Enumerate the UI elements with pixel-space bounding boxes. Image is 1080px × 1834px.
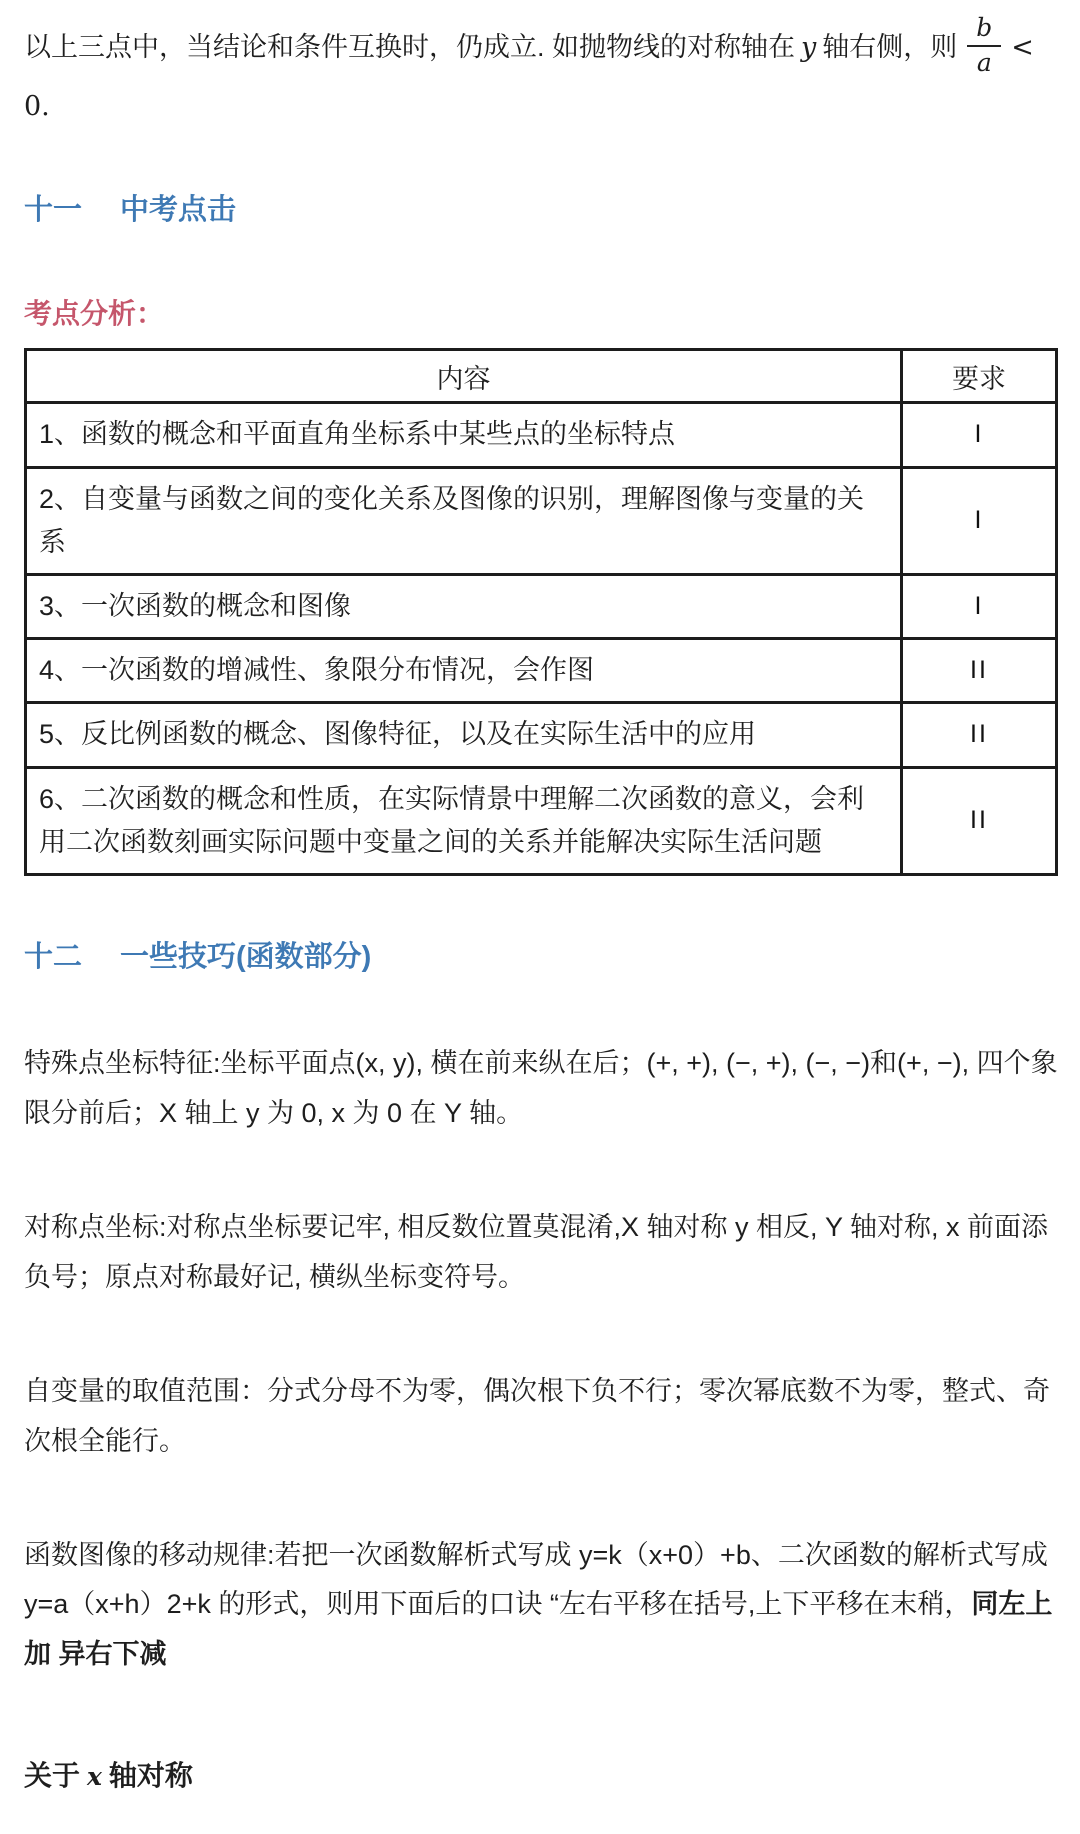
variable-y: y xyxy=(801,32,816,63)
table-cell-requirement: I xyxy=(902,574,1057,638)
table-cell-content: 1、函数的概念和平面直角坐标系中某些点的坐标特点 xyxy=(26,403,902,467)
intro-text-2: 轴右侧，则 xyxy=(822,32,957,62)
intro-text-1: 以上三点中，当结论和条件互换时，仍成立. 如抛物线的对称轴在 xyxy=(24,32,795,62)
table-row: 4、一次函数的增减性、象限分布情况，会作图 II xyxy=(26,639,1057,703)
table-row: 5、反比例函数的概念、图像特征，以及在实际生活中的应用 II xyxy=(26,703,1057,767)
exam-points-table: 内容 要求 1、函数的概念和平面直角坐标系中某些点的坐标特点 I 2、自变量与函… xyxy=(24,348,1058,876)
intro-paragraph: 以上三点中，当结论和条件互换时，仍成立. 如抛物线的对称轴在y轴右侧，则ba< … xyxy=(24,14,1058,129)
tip-paragraph-symmetric-points: 对称点坐标:对称点坐标要记牢, 相反数位置莫混淆,X 轴对称 y 相反, Y 轴… xyxy=(24,1203,1058,1303)
table-cell-content: 2、自变量与函数之间的变化关系及图像的识别，理解图像与变量的关系 xyxy=(26,467,902,574)
section-11-title: 中考点击 xyxy=(120,194,236,226)
table-cell-content: 3、一次函数的概念和图像 xyxy=(26,574,902,638)
fraction-b-over-a: ba xyxy=(967,14,1001,78)
footer-x-axis-symmetry: 关于x轴对称 xyxy=(24,1754,1058,1794)
section-12-number: 十二 xyxy=(24,941,82,973)
table-cell-requirement: II xyxy=(902,703,1057,767)
table-cell-requirement: II xyxy=(902,639,1057,703)
table-cell-content: 4、一次函数的增减性、象限分布情况，会作图 xyxy=(26,639,902,703)
tip-paragraph-variable-range: 自变量的取值范围：分式分母不为零，偶次根下负不行；零次幂底数不为零，整式、奇次根… xyxy=(24,1367,1058,1467)
section-11-number: 十一 xyxy=(24,194,82,226)
table-cell-requirement: I xyxy=(902,403,1057,467)
table-row: 1、函数的概念和平面直角坐标系中某些点的坐标特点 I xyxy=(26,403,1057,467)
table-cell-content: 5、反比例函数的概念、图像特征，以及在实际生活中的应用 xyxy=(26,703,902,767)
footer-suffix: 轴对称 xyxy=(109,1760,193,1791)
tip-paragraph-graph-movement: 函数图像的移动规律:若把一次函数解析式写成 y=k（x+0）+b、二次函数的解析… xyxy=(24,1531,1058,1681)
fraction-numerator: b xyxy=(967,14,1001,47)
table-cell-content: 6、二次函数的概念和性质，在实际情景中理解二次函数的意义，会利用二次函数刻画实际… xyxy=(26,767,902,874)
section-12-title: 一些技巧(函数部分) xyxy=(120,941,371,973)
analysis-label: 考点分析： xyxy=(24,292,1058,332)
document-page: 以上三点中，当结论和条件互换时，仍成立. 如抛物线的对称轴在y轴右侧，则ba< … xyxy=(0,0,1080,1834)
variable-x: x xyxy=(87,1762,102,1791)
table-header-row: 内容 要求 xyxy=(26,350,1057,403)
section-11-heading: 十一中考点击 xyxy=(24,187,1058,228)
graph-movement-text: 函数图像的移动规律:若把一次函数解析式写成 y=k（x+0）+b、二次函数的解析… xyxy=(24,1540,1048,1620)
table-cell-requirement: I xyxy=(902,467,1057,574)
section-12-heading: 十二一些技巧(函数部分) xyxy=(24,934,1058,975)
table-header-content: 内容 xyxy=(26,350,902,403)
footer-prefix: 关于 xyxy=(24,1760,80,1791)
table-row: 2、自变量与函数之间的变化关系及图像的识别，理解图像与变量的关系 I xyxy=(26,467,1057,574)
tip-paragraph-special-points: 特殊点坐标特征:坐标平面点(x, y), 横在前来纵在后；(+, +), (−,… xyxy=(24,1039,1058,1139)
table-cell-requirement: II xyxy=(902,767,1057,874)
table-row: 6、二次函数的概念和性质，在实际情景中理解二次函数的意义，会利用二次函数刻画实际… xyxy=(26,767,1057,874)
table-row: 3、一次函数的概念和图像 I xyxy=(26,574,1057,638)
fraction-denominator: a xyxy=(967,47,1001,78)
table-header-requirement: 要求 xyxy=(902,350,1057,403)
